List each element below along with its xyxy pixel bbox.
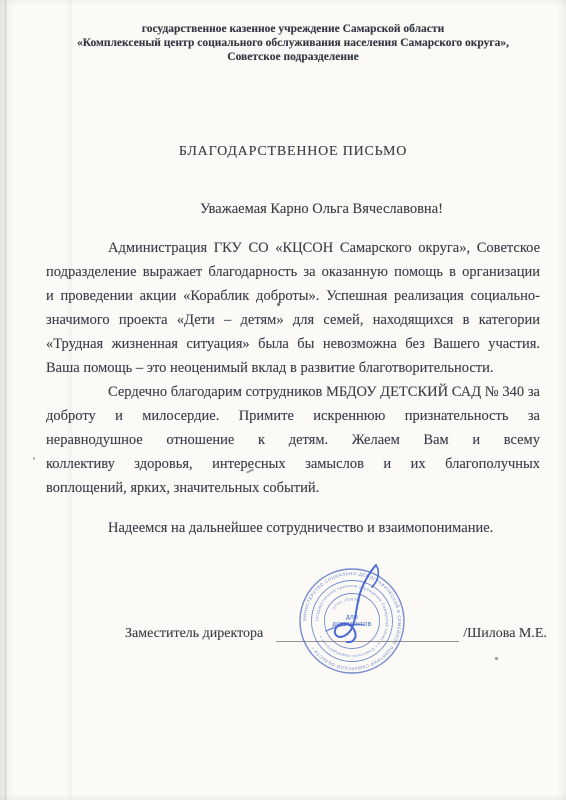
paragraph-1-line: значимого проекта «Дети – детям» для сем… [46, 308, 540, 332]
paragraph-2-line: Сердечно благодарим сотрудников МБДОУ ДЕ… [46, 380, 540, 404]
stamp-middle-ring-text: государственное казенное учреждение Сама… [315, 584, 389, 658]
ink-speck [495, 657, 498, 660]
letterhead-line-3: Советское подразделение [46, 50, 540, 64]
paragraph-1-line: Ваша помощь – это неоценимый вклад в раз… [46, 356, 540, 380]
paragraph-1-line: подразделение выражает благодарность за … [46, 260, 540, 284]
paragraph-2-line: неравнодушное отношение к детям. Желаем … [46, 428, 540, 452]
signatory-name: /Шилова М.Е. [463, 625, 547, 642]
paragraph-2: Сердечно благодарим сотрудников МБДОУ ДЕ… [46, 380, 540, 500]
paragraph-3-line: Надеемся на дальнейшее сотрудничество и … [46, 516, 540, 540]
letter-page: государственное казенное учреждение Сама… [0, 0, 566, 800]
paragraph-1-line: Администрация ГКУ СО «КЦСОН Самарского о… [46, 236, 540, 260]
paragraph-2-line: воплощений, ярких, значительных событий. [46, 476, 540, 500]
scan-edge-artifact [5, 0, 6, 800]
letterhead-line-1: государственное казенное учреждение Сама… [46, 22, 540, 36]
letterhead-line-2: «Комплексеный центр социального обслужив… [46, 36, 540, 50]
letterhead: государственное казенное учреждение Сама… [46, 22, 540, 64]
paragraph-1-line: и проведении акции «Кораблик доброты». У… [46, 284, 540, 308]
ink-speck [277, 303, 280, 306]
paragraph-2-line: коллективу здоровья, интересных замыслов… [46, 452, 540, 476]
letter-content: государственное казенное учреждение Сама… [46, 0, 540, 642]
paragraph-3: Надеемся на дальнейшее сотрудничество и … [46, 516, 540, 540]
paragraph-1: Администрация ГКУ СО «КЦСОН Самарского о… [46, 236, 540, 380]
salutation: Уважаемая Карно Ольга Вячеславовна! [200, 200, 443, 218]
paragraph-1-line: «Трудная жизненная ситуация» была бы нев… [46, 332, 540, 356]
official-stamp: МИНИСТЕРСТВО СОЦИАЛЬНО-ДЕМОГРАФИЧЕСКОЙ И… [292, 561, 412, 681]
signatory-role: Заместитель директора [125, 625, 263, 642]
letter-title: БЛАГОДАРСТВЕННОЕ ПИСЬМО [46, 144, 540, 160]
ink-speck [33, 457, 35, 460]
paragraph-2-line: доброту и милосердие. Примите искреннюю … [46, 404, 540, 428]
